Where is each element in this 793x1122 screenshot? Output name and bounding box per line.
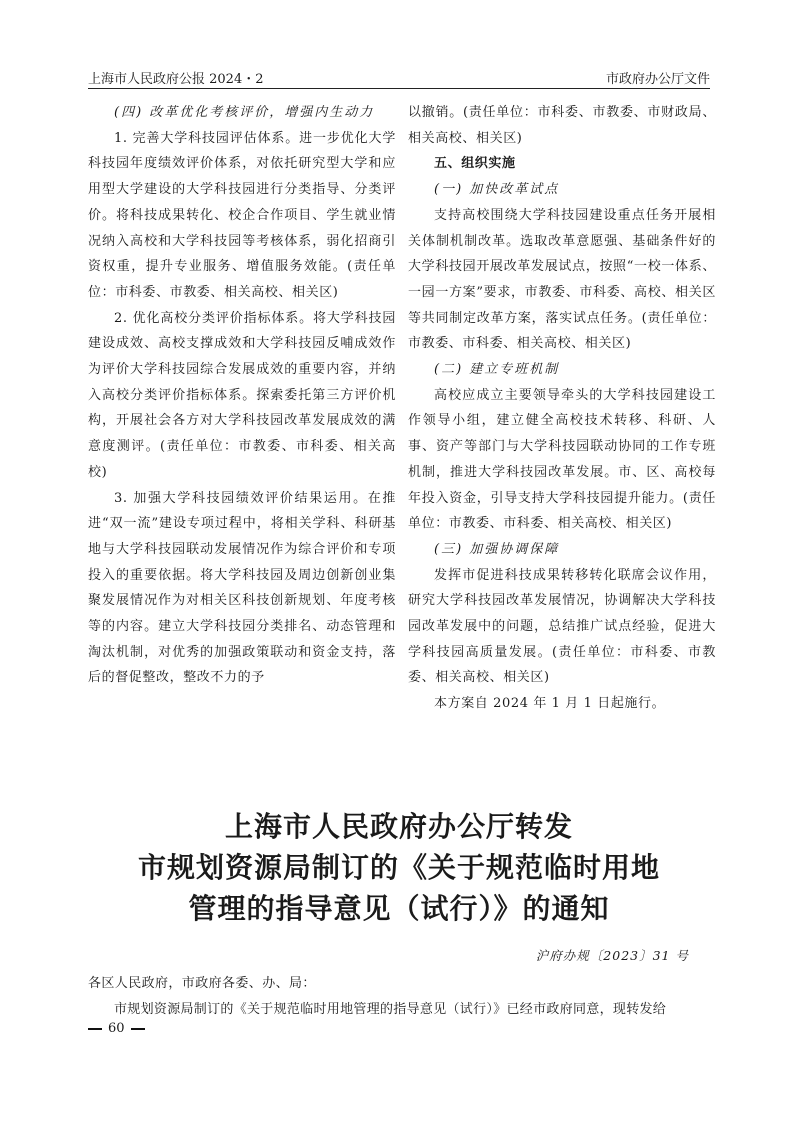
right-column: 以撤销。(责任单位：市科委、市教委、市财政局、相关高校、相关区) 五、组织实施 … <box>408 100 716 717</box>
paragraph: 发挥市促进科技成果转移转化联席会议作用，研究大学科技园改革发展情况，协调解决大学… <box>408 563 716 692</box>
section-name: 市政府办公厅文件 <box>606 68 710 87</box>
page-number: 60 <box>88 1021 145 1036</box>
running-header: 上海市人民政府公报 2024・2 市政府办公厅文件 <box>88 64 710 89</box>
subheading: (三) 加强协调保障 <box>408 537 716 563</box>
subheading: (四) 改革优化考核评价，增强内生动力 <box>88 100 396 126</box>
left-column: (四) 改革优化考核评价，增强内生动力 1. 完善大学科技园评估体系。进一步优化… <box>88 100 396 691</box>
paragraph: 支持高校围绕大学科技园建设重点任务开展相关体制机制改革。选取改革意愿强、基础条件… <box>408 203 716 357</box>
notice-body: 市规划资源局制订的《关于规范临时用地管理的指导意见（试行）》已经市政府同意，现转… <box>88 998 710 1017</box>
dash-decoration <box>88 1028 102 1030</box>
title-line: 管理的指导意见（试行）》的通知 <box>88 888 710 929</box>
continued-paragraph: 以撤销。(责任单位：市科委、市教委、市财政局、相关高校、相关区) <box>408 100 716 151</box>
dash-decoration <box>131 1028 145 1030</box>
paragraph: 高校应成立主要领导牵头的大学科技园建设工作领导小组，建立健全高校技术转移、科研、… <box>408 383 716 537</box>
effective-date: 本方案自 2024 年 1 月 1 日起施行。 <box>408 691 716 717</box>
title-line: 市规划资源局制订的《关于规范临时用地 <box>88 847 710 888</box>
paragraph: 1. 完善大学科技园评估体系。进一步优化大学科技园年度绩效评价体系，对依托研究型… <box>88 126 396 306</box>
publication-name: 上海市人民政府公报 2024・2 <box>88 68 264 87</box>
document-number: 沪府办规〔2023〕31 号 <box>536 946 689 964</box>
paragraph: 2. 优化高校分类评价指标体系。将大学科技园建设成效、高校支撑成效和大学科技园反… <box>88 306 396 486</box>
section-heading: 五、组织实施 <box>408 151 716 177</box>
salutation: 各区人民政府，市政府各委、办、局： <box>88 972 316 991</box>
subheading: (一) 加快改革试点 <box>408 177 716 203</box>
title-line: 上海市人民政府办公厅转发 <box>88 806 710 847</box>
paragraph: 3. 加强大学科技园绩效评价结果运用。在推进“双一流”建设专项过程中，将相关学科… <box>88 486 396 692</box>
notice-title: 上海市人民政府办公厅转发 市规划资源局制订的《关于规范临时用地 管理的指导意见（… <box>88 806 710 929</box>
subheading: (二) 建立专班机制 <box>408 357 716 383</box>
page-number-text: 60 <box>108 1021 125 1036</box>
